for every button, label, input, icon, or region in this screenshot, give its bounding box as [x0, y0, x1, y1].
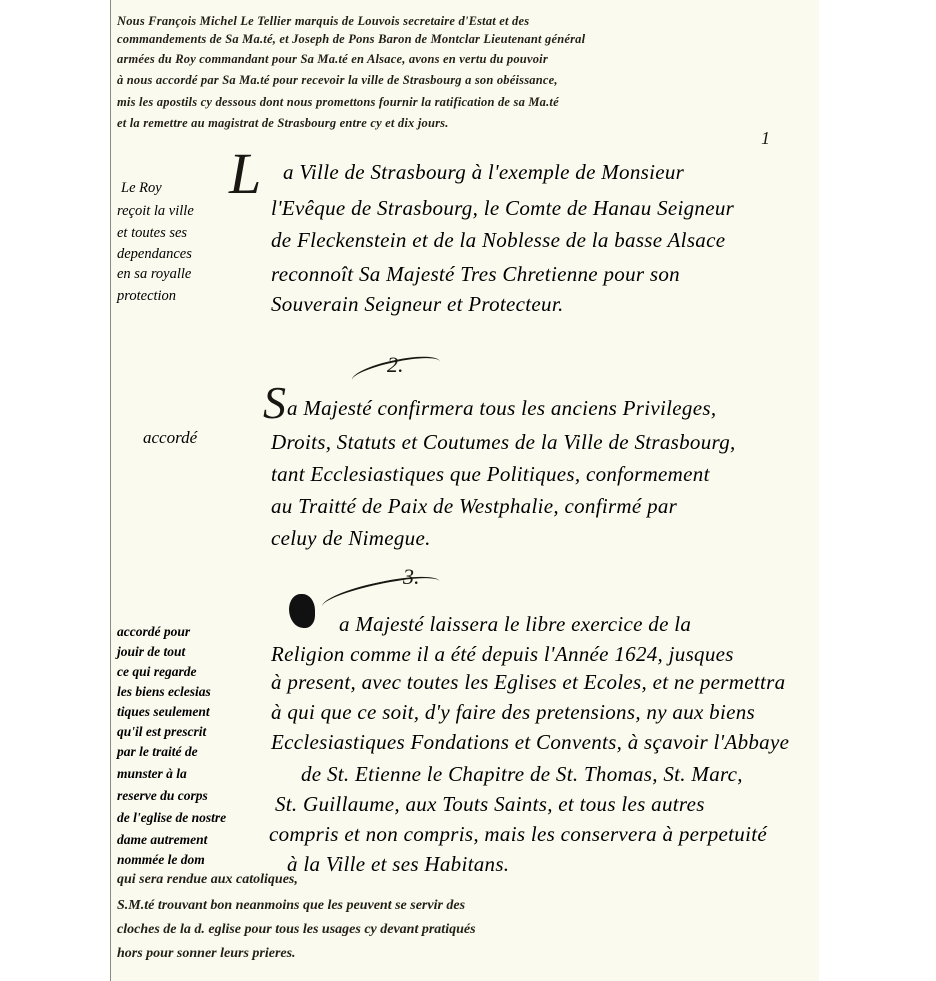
- footer-line: hors pour sonner leurs prieres.: [117, 946, 296, 962]
- preamble-line: mis les apostils cy dessous dont nous pr…: [117, 95, 559, 110]
- margin-line: accordé: [143, 428, 197, 448]
- dropcap: L: [229, 140, 261, 207]
- preamble-line: et la remettre au magistrat de Strasbour…: [117, 116, 449, 131]
- preamble-line: Nous François Michel Le Tellier marquis …: [117, 14, 529, 29]
- article-line: au Traitté de Paix de Westphalie, confir…: [271, 494, 677, 519]
- article-line: l'Evêque de Strasbourg, le Comte de Hana…: [271, 196, 734, 221]
- margin-line: protection: [117, 288, 176, 305]
- article-line: à qui que ce soit, d'y faire des pretens…: [271, 700, 755, 725]
- footer-line: cloches de la d. eglise pour tous les us…: [117, 922, 476, 938]
- ink-blot: [289, 594, 315, 628]
- article-line: de Fleckenstein et de la Noblesse de la …: [271, 228, 725, 253]
- article-line: Religion comme il a été depuis l'Année 1…: [271, 642, 734, 667]
- section-number: 2.: [387, 352, 404, 378]
- margin-line: reserve du corps: [117, 788, 208, 804]
- page-number: 1: [761, 128, 770, 149]
- footer-line: S.M.té trouvant bon neanmoins que les pe…: [117, 898, 465, 914]
- article-line: a Ville de Strasbourg à l'exemple de Mon…: [283, 160, 684, 185]
- article-line: Droits, Statuts et Coutumes de la Ville …: [271, 430, 736, 455]
- preamble-line: armées du Roy commandant pour Sa Ma.té e…: [117, 52, 548, 67]
- article-line: compris et non compris, mais les conserv…: [269, 822, 767, 847]
- margin-line: ce qui regarde: [117, 664, 196, 680]
- margin-line: par le traité de: [117, 744, 198, 760]
- margin-line: et toutes ses: [117, 225, 187, 242]
- footer-line: qui sera rendue aux catoliques,: [117, 872, 298, 888]
- margin-line: jouir de tout: [117, 644, 185, 660]
- margin-line: les biens eclesias: [117, 684, 211, 700]
- margin-line: munster à la: [117, 766, 187, 782]
- article-line: à la Ville et ses Habitans.: [287, 852, 509, 877]
- article-line: St. Guillaume, aux Touts Saints, et tous…: [275, 792, 705, 817]
- margin-line: nommée le dom: [117, 852, 205, 868]
- preamble-line: à nous accordé par Sa Ma.té pour recevoi…: [117, 73, 558, 88]
- section-number: 3.: [403, 564, 420, 590]
- margin-line: reçoit la ville: [117, 203, 194, 220]
- article-line: Souverain Seigneur et Protecteur.: [271, 292, 564, 317]
- margin-line: en sa royalle: [117, 266, 191, 283]
- margin-line: de l'eglise de nostre: [117, 810, 226, 826]
- margin-line: Le Roy: [121, 180, 162, 197]
- article-line: reconnoît Sa Majesté Tres Chretienne pou…: [271, 262, 680, 287]
- margin-line: tiques seulement: [117, 704, 210, 720]
- article-line: tant Ecclesiastiques que Politiques, con…: [271, 462, 710, 487]
- article-line: celuy de Nimegue.: [271, 526, 431, 551]
- article-line: Ecclesiastiques Fondations et Convents, …: [271, 730, 789, 755]
- preamble-line: commandements de Sa Ma.té, et Joseph de …: [117, 32, 585, 47]
- margin-line: accordé pour: [117, 624, 190, 640]
- manuscript-page: Nous François Michel Le Tellier marquis …: [110, 0, 819, 981]
- margin-line: dame autrement: [117, 832, 207, 848]
- article-line: à present, avec toutes les Eglises et Ec…: [271, 670, 785, 695]
- section-flourish: [320, 570, 442, 618]
- article-line: a Majesté confirmera tous les anciens Pr…: [287, 396, 716, 421]
- margin-line: dependances: [117, 246, 192, 263]
- margin-line: qu'il est prescrit: [117, 724, 206, 740]
- dropcap: S: [263, 376, 286, 429]
- article-line: de St. Etienne le Chapitre de St. Thomas…: [301, 762, 743, 787]
- article-line: a Majesté laissera le libre exercice de …: [339, 612, 691, 637]
